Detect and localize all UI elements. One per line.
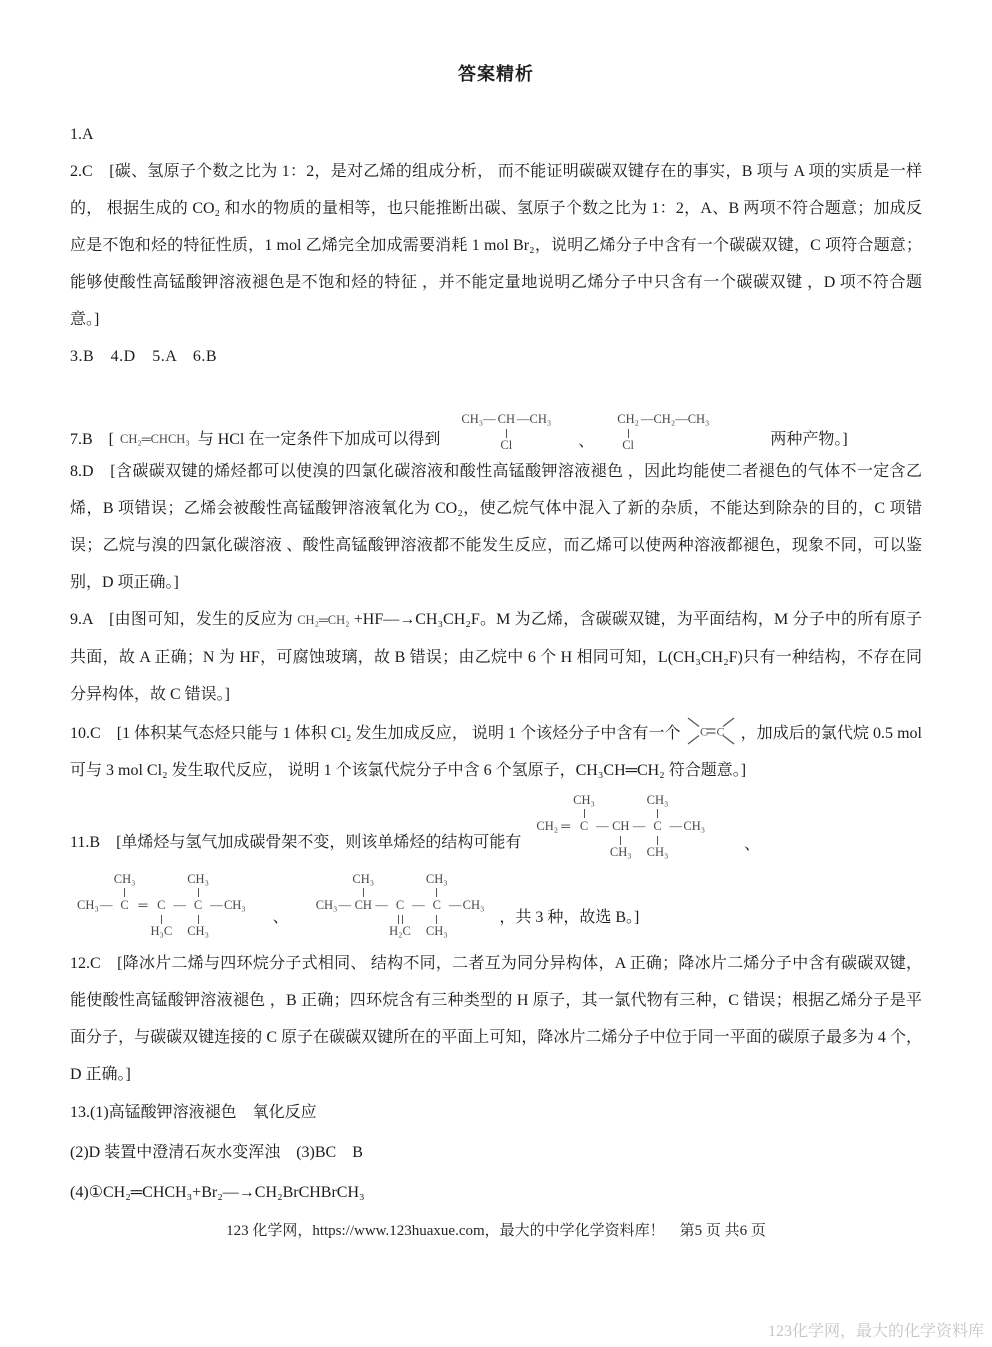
answer-10-head: 10.C [1 体积某气态烃只能与 1 体积 Cl₂ 发生加成反应， 说明 1 … xyxy=(70,725,681,742)
answer-11-tail: ，共 3 种，故选 B。] xyxy=(499,907,639,929)
vertical-bond xyxy=(646,808,670,818)
vertical-bond xyxy=(351,887,375,897)
footer-line: 123 化学网，https://www.123huaxue.com，最大的中学化… xyxy=(70,1219,922,1240)
atom-label: CH₂ xyxy=(616,411,640,428)
answer-7-tail: 两种产物。] xyxy=(770,429,847,451)
vertical-bond xyxy=(186,887,210,897)
vertical-bond xyxy=(113,887,137,897)
atom-label: CH xyxy=(609,818,633,835)
vertical-bond xyxy=(609,835,633,845)
atom-label: CH₃ xyxy=(646,793,670,808)
structure-alkene-2: CH₃ CH₃ CH₃ — C ═ C — C — CH₃ H₃C xyxy=(76,872,247,939)
answer-9-head: 9.A [由图可知，发生的反应为 xyxy=(70,611,297,628)
answer-1: 1.A xyxy=(70,116,922,153)
atom-label: C xyxy=(113,897,137,914)
answers-3-to-6: 3.B 4.D 5.A 6.B xyxy=(70,338,922,375)
atom-label: —CH₃ xyxy=(516,411,552,428)
vertical-bond xyxy=(497,428,516,438)
carbon-label: C xyxy=(700,725,708,739)
answer-13-line-1: 13.(1)高锰酸钾溶液褪色 氧化反应 xyxy=(70,1093,922,1133)
vertical-bond xyxy=(149,914,173,924)
separator-dun: 、 xyxy=(578,431,594,453)
atom-label: CH₃ xyxy=(609,845,633,860)
atom-label: CH₃ xyxy=(462,897,486,914)
atom-label: C xyxy=(388,897,412,914)
bond-label: — xyxy=(210,897,223,914)
atom-label: —CH₂—CH₃ xyxy=(640,411,710,428)
propene-inline-formula: CH₂═CHCH₃ xyxy=(120,432,190,447)
atom-label: CH₃ xyxy=(315,897,339,914)
atom-label: H₃C xyxy=(149,924,173,939)
vertical-bond xyxy=(646,835,670,845)
vertical-bond xyxy=(616,428,640,438)
answer-sheet-page: 答案精析 1.A 2.C [碳、氢原子个数之比为 1：2，是对乙烯的组成分析， … xyxy=(0,0,992,1347)
answer-13-line-4: (4)①CH₂═CHCH₃+Br₂—→CH₂BrCHBrCH₃ xyxy=(70,1173,922,1213)
atom-label: CH₃ xyxy=(351,872,375,887)
atom-label: C xyxy=(186,897,210,914)
bond-label: — xyxy=(633,818,646,835)
atom-label: Cl xyxy=(616,438,640,453)
answer-7-row: 7.B [ CH₂═CHCH₃ 与 HCl 在一定条件下加成可以得到 CH₃— … xyxy=(70,375,922,453)
atom-label: C xyxy=(646,818,670,835)
answer-2-paragraph: 2.C [碳、氢原子个数之比为 1：2，是对乙烯的组成分析， 而不能证明碳碳双键… xyxy=(70,153,922,338)
atom-label: CH₃ xyxy=(646,845,670,860)
bond-label: — xyxy=(449,897,462,914)
carbon-label: C xyxy=(716,725,724,739)
answer-12-paragraph: 12.C [降冰片二烯与四环烷分子式相同、 结构不同，二者互为同分异构体，A 正… xyxy=(70,945,922,1093)
bond-label: — xyxy=(669,818,682,835)
separator-dun: 、 xyxy=(744,831,760,854)
watermark-text: 123化学网，最大的化学资料库 xyxy=(768,1318,984,1341)
structure-alkene-3: CH₃ CH₃ CH₃ — CH — C — C — CH₃ H₂C xyxy=(315,872,486,939)
bond-label: — xyxy=(100,897,113,914)
bond-label: — xyxy=(596,818,609,835)
atom-label: C xyxy=(149,897,173,914)
answer-8-paragraph: 8.D [含碳碳双键的烯烃都可以使溴的四氯化碳溶液和酸性高锰酸钾溶液褪色 ，因此… xyxy=(70,453,922,601)
answer-7-label: 7.B [ xyxy=(70,429,114,451)
answer-7-text: 与 HCl 在一定条件下加成可以得到 xyxy=(198,429,441,451)
atom-label: CH₃— xyxy=(460,411,496,428)
structure-2-chloropropane: CH₃— CH —CH₃ Cl xyxy=(460,411,552,453)
atom-label: CH xyxy=(497,411,516,428)
structure-alkene-1: CH₃ CH₃ CH₂ ═ C — CH — C — CH₃ CH₃ xyxy=(535,793,706,860)
bond-label: ═ xyxy=(559,818,572,835)
atom-label: CH₃ xyxy=(572,793,596,808)
atom-label: CH xyxy=(351,897,375,914)
atom-label: CH₃ xyxy=(425,872,449,887)
atom-label: CH₃ xyxy=(682,818,706,835)
atom-label: CH₃ xyxy=(186,924,210,939)
vertical-bond xyxy=(425,914,449,924)
atom-label: CH₃ xyxy=(186,872,210,887)
atom-label: CH₃ xyxy=(76,897,100,914)
vertical-double-bond xyxy=(388,914,412,924)
bond-label: — xyxy=(375,897,388,914)
answer-11-row-1: 11.B [单烯烃与氢气加成碳骨架不变，则该单烯烃的结构可能有 CH₃ CH₃ … xyxy=(70,793,922,860)
structure-1-chloropropane: CH₂ —CH₂—CH₃ Cl xyxy=(616,411,710,453)
bond-label: — xyxy=(173,897,186,914)
atom-label: CH₂ xyxy=(535,818,559,835)
vertical-bond xyxy=(425,887,449,897)
atom-label: CH₃ xyxy=(223,897,247,914)
answer-10-paragraph: 10.C [1 体积某气态烃只能与 1 体积 Cl₂ 发生加成反应， 说明 1 … xyxy=(70,713,922,789)
vertical-bond xyxy=(186,914,210,924)
answer-9-paragraph: 9.A [由图可知，发生的反应为 CH₂═CH₂ +HF—→CH₃CH₂F。M … xyxy=(70,601,922,713)
atom-label: H₂C xyxy=(388,924,412,939)
atom-label: C xyxy=(572,818,596,835)
answer-11-row-2: CH₃ CH₃ CH₃ — C ═ C — C — CH₃ H₃C xyxy=(76,872,922,939)
ethene-inline-formula: CH₂═CH₂ xyxy=(297,613,349,627)
atom-label: Cl xyxy=(497,438,516,453)
atom-label: CH₃ xyxy=(425,924,449,939)
bond-label: ═ xyxy=(136,897,149,914)
vertical-bond xyxy=(572,808,596,818)
answer-11-head: 11.B [单烯烃与氢气加成碳骨架不变，则该单烯烃的结构可能有 xyxy=(70,832,521,854)
separator-dun: 、 xyxy=(273,904,289,927)
bond-label: — xyxy=(338,897,351,914)
atom-label: CH₃ xyxy=(113,872,137,887)
atom-label: C xyxy=(425,897,449,914)
bond-label: — xyxy=(412,897,425,914)
page-title: 答案精析 xyxy=(70,60,922,86)
answer-13-line-2: (2)D 装置中澄清石灰水变浑浊 (3)BC B xyxy=(70,1133,922,1173)
alkene-double-bond-icon: CC xyxy=(685,713,737,749)
